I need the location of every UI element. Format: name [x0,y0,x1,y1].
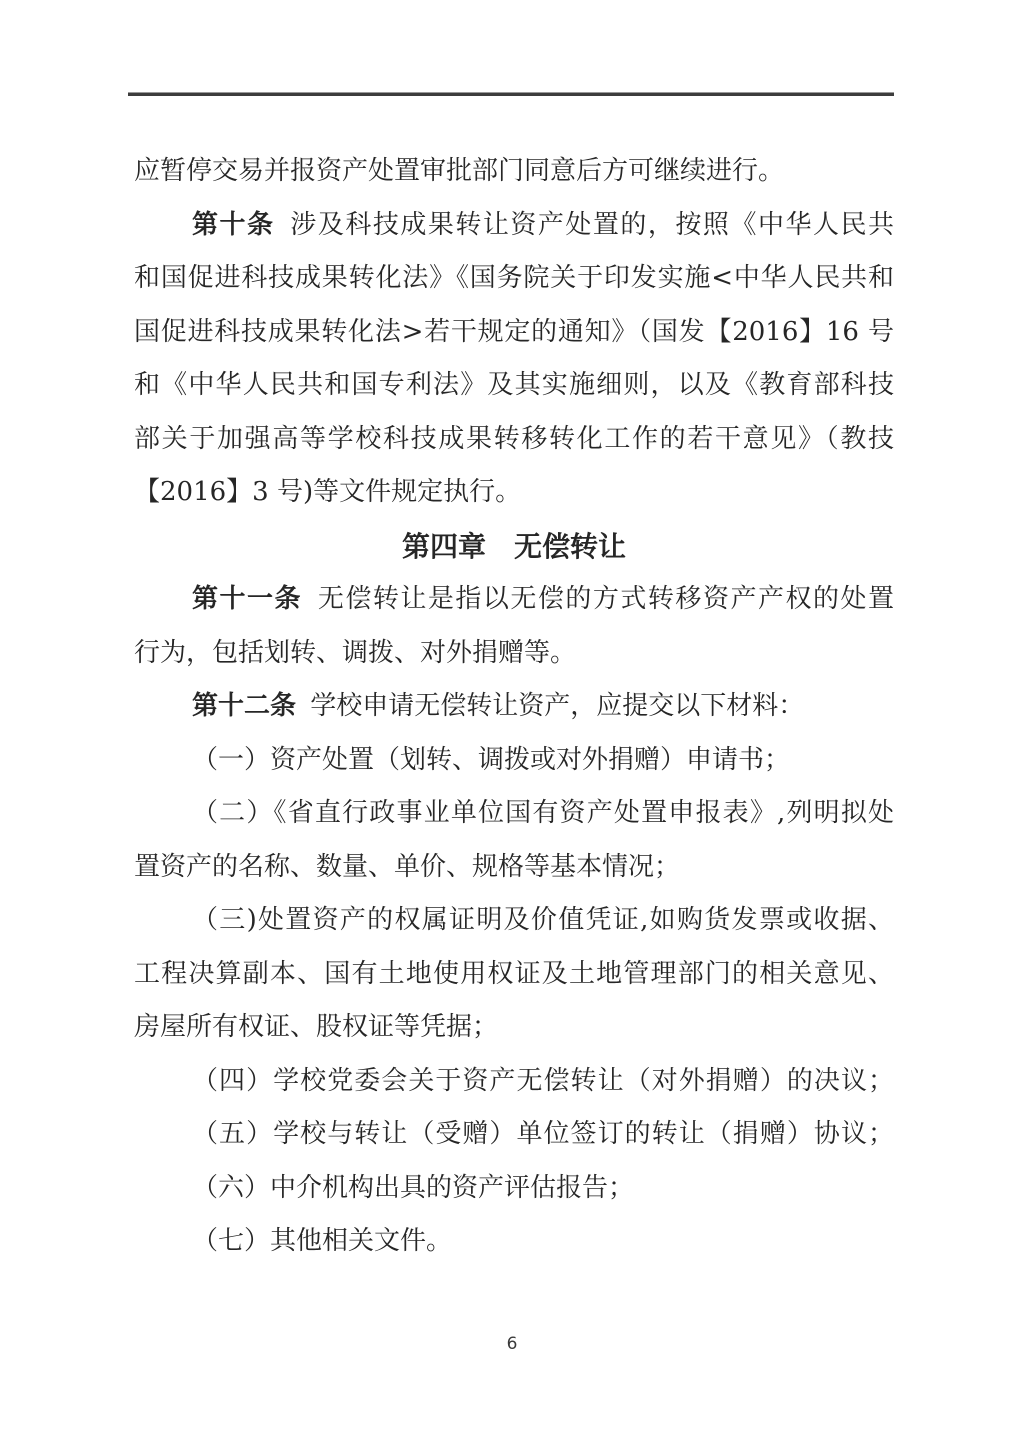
line-text: 国促进科技成果转化法>若干规定的通知》（国发【2016】16 号 [134,317,894,347]
text-line: 行为，包括划转、调拨、对外捐赠等。 [134,627,894,681]
line-text: （六）中介机构出具的资产评估报告； [192,1173,634,1203]
text-line: 和《中华人民共和国专利法》及其实施细则，以及《教育部科技 [134,359,894,413]
line-text: （一）资产处置（划转、调拨或对外捐赠）申请书； [192,745,790,775]
text-line: 【2016】3 号)等文件规定执行。 [134,466,894,520]
line-text: 工程决算副本、国有土地使用权证及土地管理部门的相关意见、 [134,959,894,989]
line-text: 房屋所有权证、股权证等凭据； [134,1012,498,1042]
text-line: 工程决算副本、国有土地使用权证及土地管理部门的相关意见、 [134,948,894,1002]
text-line: 第十一条 无偿转让是指以无偿的方式转移资产产权的处置 [134,573,894,627]
article-number: 第十二条 [192,691,296,721]
line-text: （四）学校党委会关于资产无偿转让（对外捐赠）的决议； [192,1066,894,1096]
line-text: 应暂停交易并报资产处置审批部门同意后方可继续进行。 [134,156,784,186]
line-text: 置资产的名称、数量、单价、规格等基本情况； [134,852,680,882]
document-body: 应暂停交易并报资产处置审批部门同意后方可继续进行。 第十条 涉及科技成果转让资产… [134,145,894,1269]
chapter-heading: 第四章 无偿转让 [134,520,894,574]
text-line: 置资产的名称、数量、单价、规格等基本情况； [134,841,894,895]
text-line: 应暂停交易并报资产处置审批部门同意后方可继续进行。 [134,145,894,199]
line-text: 涉及科技成果转让资产处置的，按照《中华人民共 [281,210,894,240]
article-number: 第十条 [192,210,275,240]
line-text: 部关于加强高等学校科技成果转移转化工作的若干意见》（教技 [134,424,894,454]
list-item: （一）资产处置（划转、调拨或对外捐赠）申请书； [134,734,894,788]
line-text: 行为，包括划转、调拨、对外捐赠等。 [134,638,576,668]
line-text: 无偿转让是指以无偿的方式转移资产产权的处置 [308,584,894,614]
line-text: （七）其他相关文件。 [192,1226,452,1256]
text-line: 第十条 涉及科技成果转让资产处置的，按照《中华人民共 [134,199,894,253]
line-text: （五）学校与转让（受赠）单位签订的转让（捐赠）协议； [192,1119,894,1149]
header-rule [128,92,894,96]
document-page: 应暂停交易并报资产处置审批部门同意后方可继续进行。 第十条 涉及科技成果转让资产… [0,0,1024,1448]
line-text: （三)处置资产的权属证明及价值凭证,如购货发票或收据、 [192,905,894,935]
text-line: 部关于加强高等学校科技成果转移转化工作的若干意见》（教技 [134,413,894,467]
article-number: 第十一条 [192,584,302,614]
text-line: 和国促进科技成果转化法》《国务院关于印发实施<中华人民共和 [134,252,894,306]
text-line: 国促进科技成果转化法>若干规定的通知》（国发【2016】16 号 [134,306,894,360]
list-item: （五）学校与转让（受赠）单位签订的转让（捐赠）协议； [134,1108,894,1162]
list-item: （四）学校党委会关于资产无偿转让（对外捐赠）的决议； [134,1055,894,1109]
list-item: （三)处置资产的权属证明及价值凭证,如购货发票或收据、 [134,894,894,948]
page-number: 6 [0,1334,1024,1354]
line-text: 【2016】3 号)等文件规定执行。 [134,477,521,507]
line-text: 和国促进科技成果转化法》《国务院关于印发实施<中华人民共和 [134,263,894,293]
chapter-heading-text: 第四章 无偿转让 [402,530,626,563]
list-item: （六）中介机构出具的资产评估报告； [134,1162,894,1216]
line-text: 学校申请无偿转让资产，应提交以下材料： [302,691,804,721]
line-text: （二）《省直行政事业单位国有资产处置申报表》,列明拟处 [192,798,894,828]
text-line: 第十二条 学校申请无偿转让资产，应提交以下材料： [134,680,894,734]
list-item: （七）其他相关文件。 [134,1215,894,1269]
text-line: 房屋所有权证、股权证等凭据； [134,1001,894,1055]
line-text: 和《中华人民共和国专利法》及其实施细则，以及《教育部科技 [134,370,894,400]
list-item: （二）《省直行政事业单位国有资产处置申报表》,列明拟处 [134,787,894,841]
